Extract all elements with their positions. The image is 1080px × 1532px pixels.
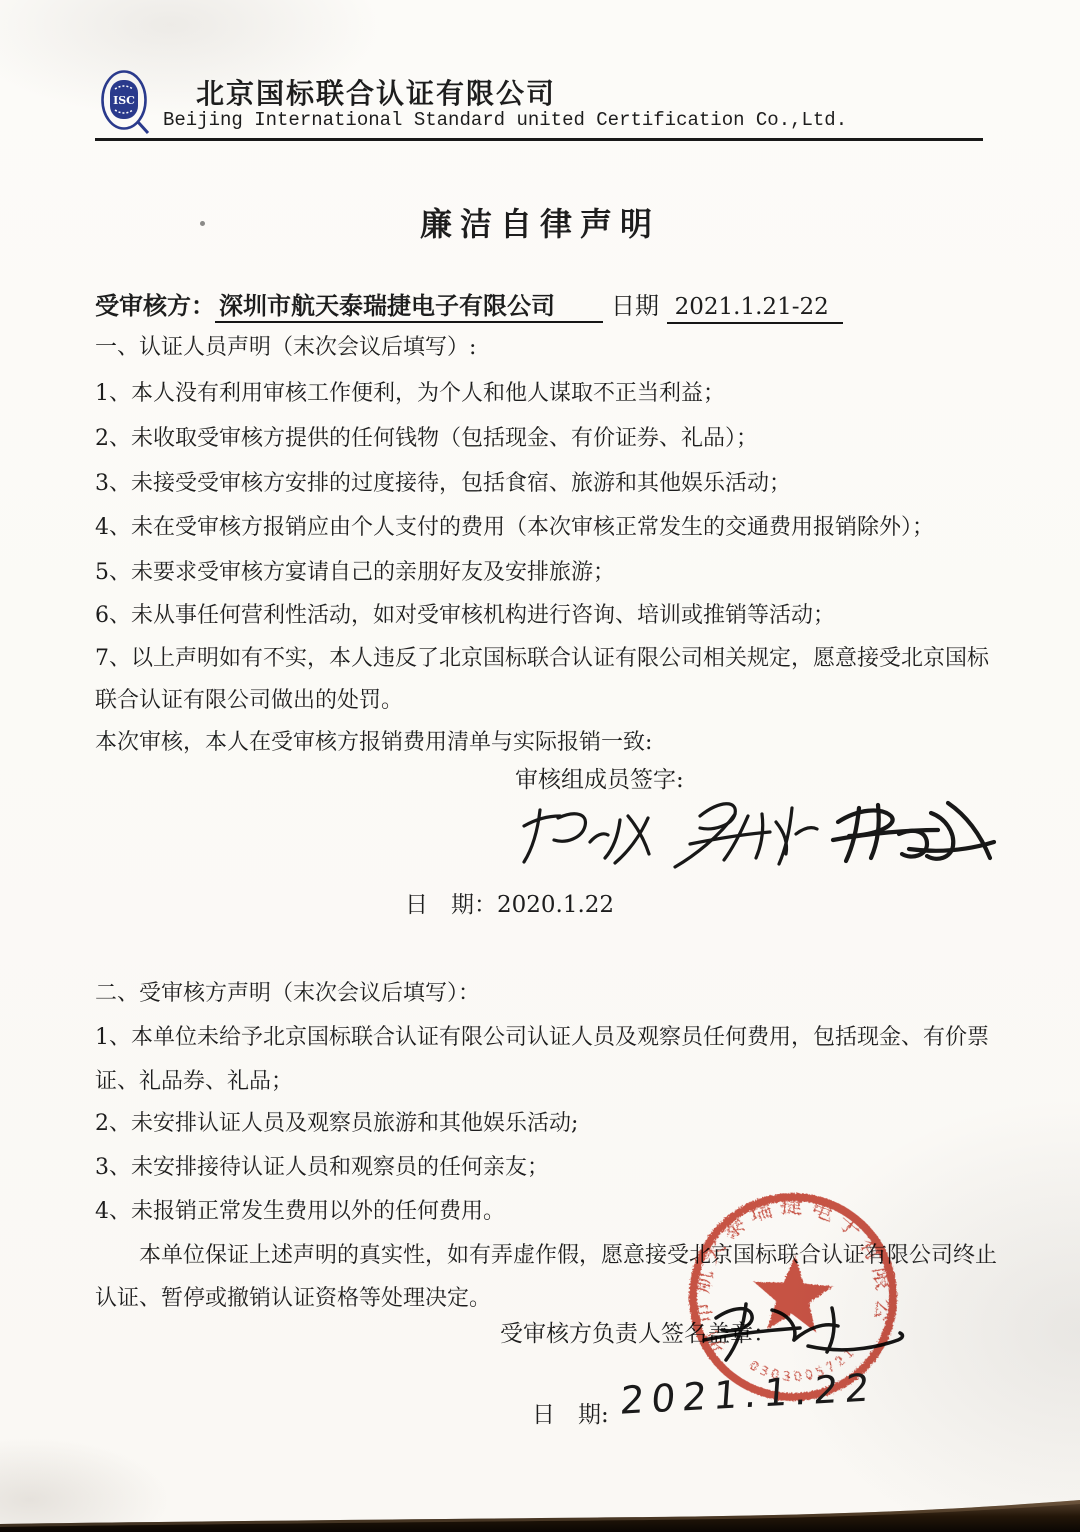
section2-heading: 二、受审核方声明（末次会议后填写）： [95, 973, 1000, 1015]
section2-item-1: 1、本单位未给予北京国标联合认证有限公司认证人员及观察员任何费用，包括现金、有价… [95, 1016, 1000, 1104]
section1-item-1: 1、本人没有利用审核工作便利，为个人和他人谋取不正当利益； [95, 373, 1000, 415]
audited-party-company: 深圳市航天泰瑞捷电子有限公司 [215, 291, 603, 323]
section2-item-2: 2、未安排认证人员及观察员旅游和其他娱乐活动; [95, 1103, 1000, 1145]
section1-item-7: 7、以上声明如有不实，本人违反了北京国标联合认证有限公司相关规定，愿意接受北京国… [95, 638, 1000, 722]
section1-item-5: 5、未要求受审核方宴请自己的亲朋好友及安排旅游； [95, 552, 1000, 594]
section1-item-2: 2、未收取受审核方提供的任何钱物（包括现金、有价证券、礼品）； [95, 418, 1000, 460]
responsible-date-handwritten: 2021.1.22 [619, 1365, 878, 1423]
scanned-document-page: ISC 北京国标联合认证有限公司 Beijing International S… [0, 0, 1080, 1532]
scan-bottom-edge [0, 1498, 1080, 1532]
header-divider [95, 138, 983, 141]
company-name-en: Beijing International Standard united Ce… [163, 109, 847, 131]
section1-item-3: 3、未接受受审核方安排的过度接待，包括食宿、旅游和其他娱乐活动； [95, 463, 1000, 505]
scan-artifact-dot [200, 221, 205, 226]
section1-item-6: 6、未从事任何营利性活动，如对受审核机构进行咨询、培训或推销等活动； [95, 595, 1000, 637]
logo-text: ISC [113, 94, 135, 107]
section1-expense-note: 本次审核，本人在受审核方报销费用清单与实际报销一致: [95, 722, 1000, 764]
audited-party-label: 受审核方： [95, 291, 215, 320]
audit-date-label: 日期 [611, 292, 659, 320]
section1-heading: 一、认证人员声明（末次会议后填写）: [95, 327, 1000, 369]
responsible-signature [688, 1288, 913, 1368]
isc-logo-icon: ISC [101, 70, 151, 138]
audit-team-date-line: 日 期：2020.1.22 [405, 886, 614, 919]
document-title: 廉洁自律声明 [0, 199, 1080, 245]
section1-item-4: 4、未在受审核方报销应由个人支付的费用（本次审核正常发生的交通费用报销除外）； [95, 507, 1000, 549]
audited-party-line: 受审核方：深圳市航天泰瑞捷电子有限公司日期 2021.1.21-22 [95, 286, 843, 321]
audit-date-value: 2021.1.21-22 [667, 294, 843, 324]
audit-team-date-value: 2020.1.22 [497, 892, 614, 918]
auditor-signatures [478, 788, 1003, 888]
company-name-cn: 北京国标联合认证有限公司 [196, 72, 556, 112]
responsible-date-line: 日 期: [532, 1396, 609, 1429]
audit-team-date-label: 日 期： [405, 892, 497, 918]
responsible-date-label: 日 期: [532, 1402, 609, 1428]
